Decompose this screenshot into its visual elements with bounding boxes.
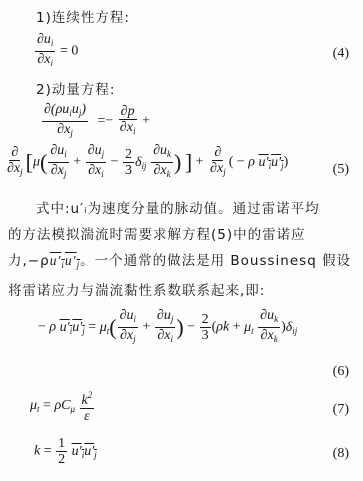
equation-6: − ρ u′iu′j = μt(∂ui∂xj + ∂uj∂xi) − 23(ρk… — [38, 308, 297, 347]
equation-5-line-2: ∂∂xj[μ(∂ui∂xj + ∂uj∂xi − 23δij ∂uk∂xk) ]… — [4, 143, 288, 182]
paragraph-line-4: 将雷诺应力与湍流黏性系数联系起来,即: — [8, 278, 353, 304]
paragraph-line-2: 的方法模拟湍流时需要求解方程(5)中的雷诺应 — [8, 222, 353, 248]
equation-number-7: (7) — [333, 402, 349, 418]
equation-number-5: (5) — [333, 162, 349, 178]
body-paragraph: 式中:u′ᵢ为速度分量的脉动值。通过雷诺平均 的方法模拟湍流时需要求解方程(5)… — [8, 196, 353, 304]
equation-8: k = 12 u′iu′j — [34, 436, 97, 467]
equation-5-line-1: ∂(ρuiuj)∂xj =− ∂p∂xi + — [36, 102, 150, 141]
paragraph-line-3: 力,−ρu′iu′j。一个通常的做法是用 Boussinesq 假设 — [8, 248, 353, 278]
equation-4: ∂ui∂xi = 0 — [34, 32, 78, 71]
section-heading-momentum: 2)动量方程: — [36, 78, 115, 98]
section-heading-continuity: 1)连续性方程: — [36, 6, 130, 26]
equation-number-8: (8) — [333, 446, 349, 462]
equation-number-6: (6) — [333, 364, 349, 380]
equation-7: μt = ρCμ k2ε — [30, 388, 95, 424]
equation-number-4: (4) — [333, 46, 349, 62]
paragraph-line-1: 式中:u′ᵢ为速度分量的脉动值。通过雷诺平均 — [8, 196, 353, 222]
